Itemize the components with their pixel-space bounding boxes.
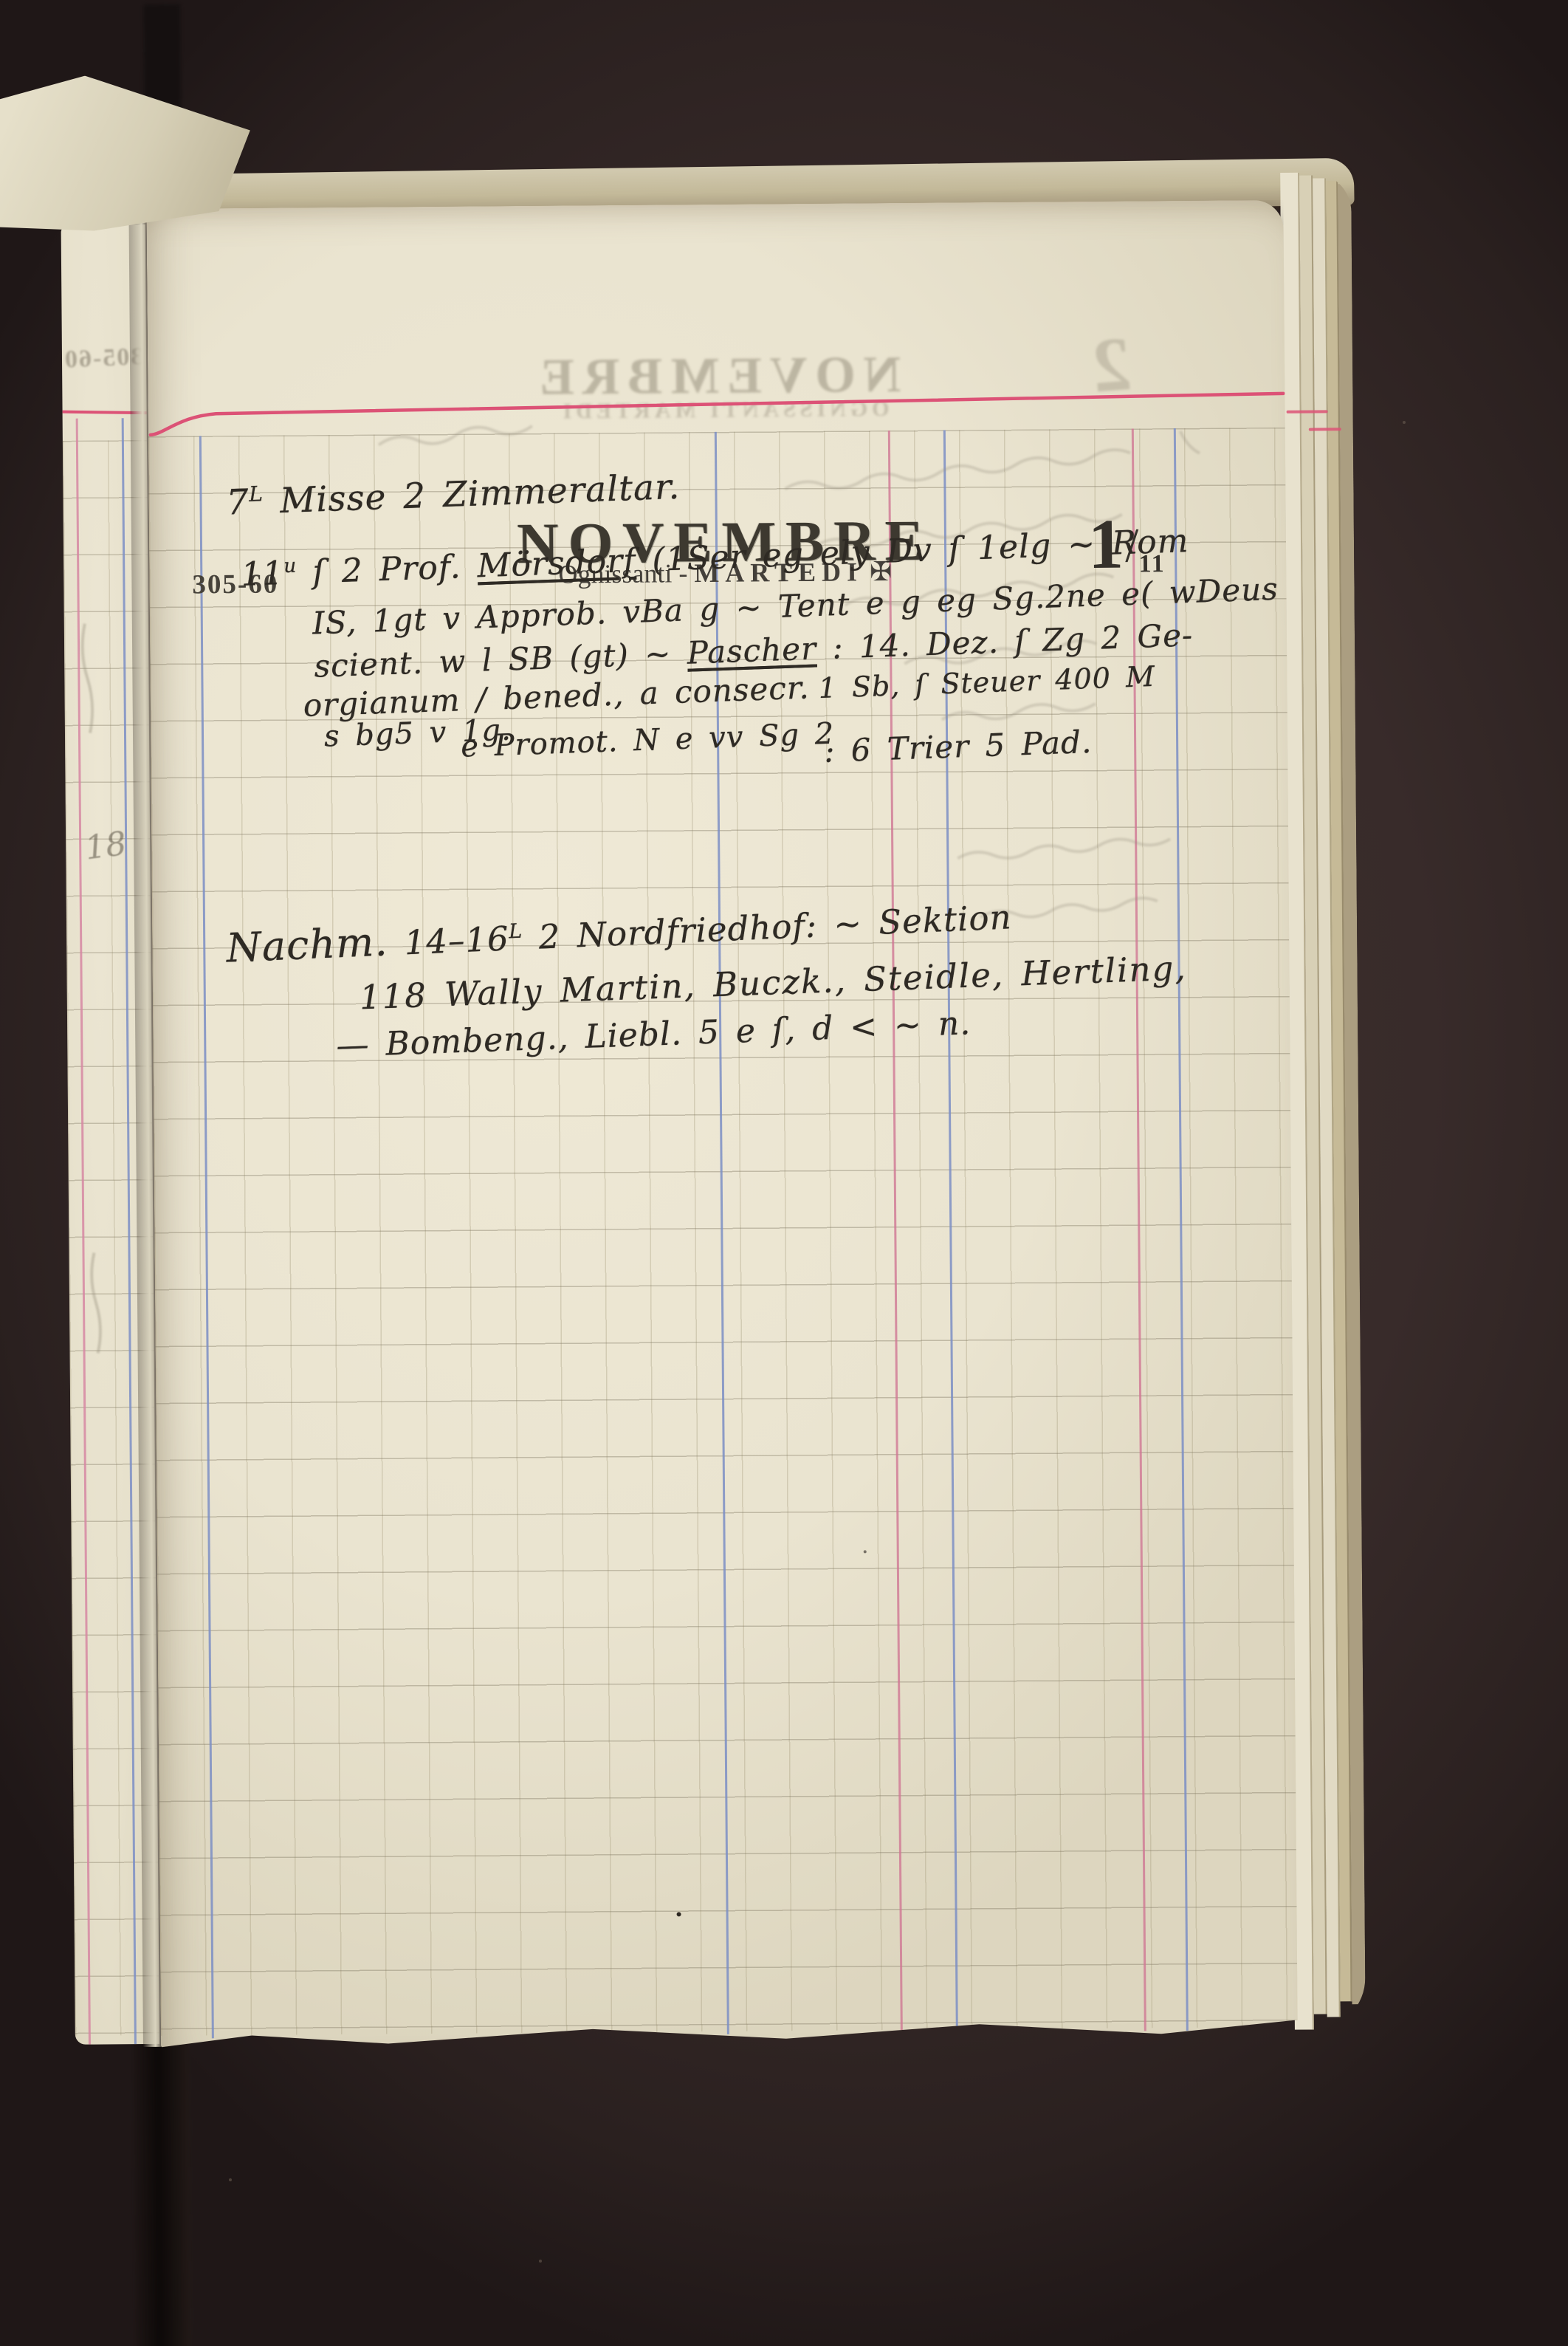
entry-superscript: L (249, 481, 264, 507)
corner-fold (0, 75, 259, 232)
open-diary-book: 305-60 18 NOVEMBRE OGNISSANTI MARTEDI 2 (0, 0, 1568, 2346)
scanned-diary-photo: 305-60 18 NOVEMBRE OGNISSANTI MARTEDI 2 (0, 0, 1568, 2346)
entry-text: 11 (241, 555, 285, 594)
handwriting-name-moersdorf: Mörsdorf (477, 542, 637, 586)
red-header-rule (146, 200, 1285, 460)
entry-text: ſ 2 Prof. (296, 547, 478, 591)
entry-superscript: L (509, 920, 523, 944)
ink-speck (864, 1550, 867, 1553)
red-rule-edge-fragment (1309, 428, 1341, 431)
entry-superscript: u (283, 555, 297, 578)
book-spine-groove-bottom (133, 2040, 191, 2346)
entry-text: Nachm. (225, 918, 388, 971)
diary-page: NOVEMBRE OGNISSANTI MARTEDI 2 305-60 (146, 200, 1298, 2049)
ink-speck (677, 1912, 681, 1916)
entry-text: 7 (226, 482, 250, 524)
ghost-margin-note: 18 (83, 825, 128, 868)
handwriting-name-pascher: Pascher (687, 630, 817, 670)
entry-text: 14–16 (387, 919, 509, 963)
red-rule-edge-fragment (1287, 410, 1328, 413)
